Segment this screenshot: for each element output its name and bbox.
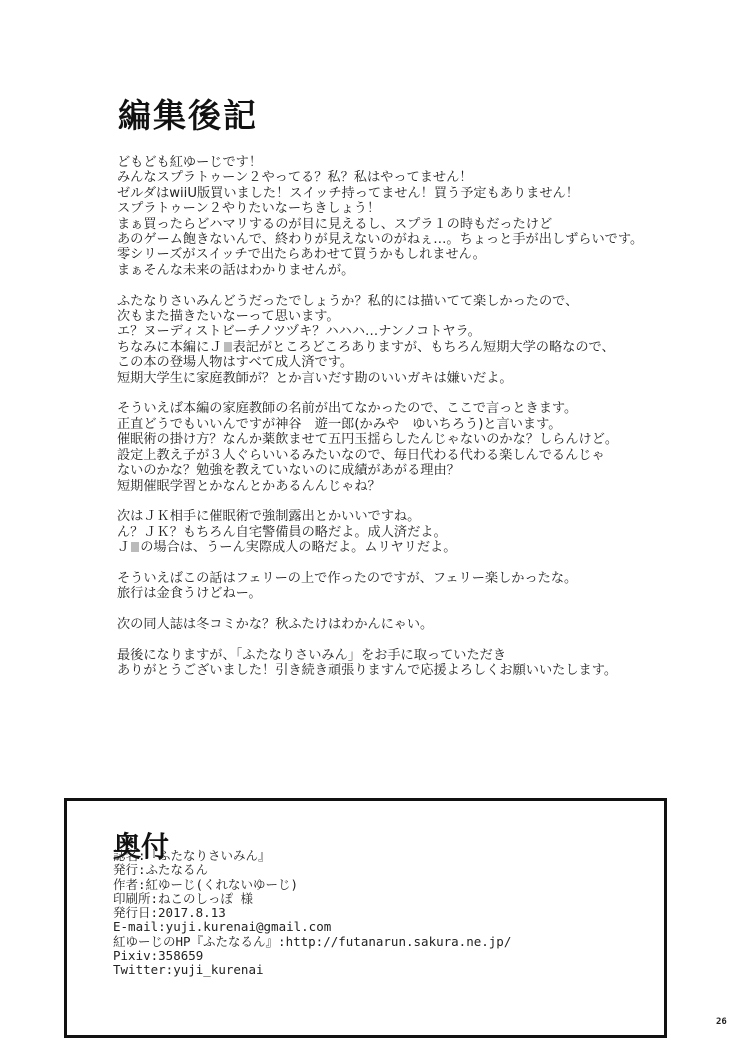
afterword-paragraph: どもども紅ゆーじです！ みんなスプラトゥーン２やってる？私？私はやってません！ … — [117, 155, 697, 278]
text-line: 次はＪＫ相手に催眠術で強制露出とかいいですね。 — [117, 509, 697, 524]
text-line: 設定上教え子が３人ぐらいいるみたいなので、毎日代わる代わる楽しんでるんじゃ — [117, 448, 697, 463]
text-line-with-censor: Ｊの場合は、うーん実際成人の略だよ。ムリヤリだよ。 — [117, 540, 697, 555]
text-line: ん？ＪＫ？もちろん自宅警備員の略だよ。成人済だよ。 — [117, 525, 697, 540]
text-line: ゼルダはwiiU版買いました！スイッチ持ってません！買う予定もありません！ — [117, 186, 697, 201]
text-line: まぁ買ったらどハマリするのが目に見えるし、スプラ１の時もだったけど — [117, 217, 697, 232]
colophon-row-homepage: 紅ゆーじのHP『ふたなるん』:http://futanarun.sakura.n… — [113, 935, 511, 949]
text-segment: の場合は、うーん実際成人の略だよ。ムリヤリだよ。 — [140, 540, 456, 555]
colophon-row-date: 発行日:2017.8.13 — [113, 906, 511, 920]
colophon-list: 誌名:『ふたなりさいみん』 発行:ふたなるん 作者:紅ゆーじ(くれないゆーじ) … — [113, 849, 511, 978]
afterword-paragraph: そういえば本編の家庭教師の名前が出てなかったので、ここで言っときます。 正直どう… — [117, 401, 697, 493]
text-line: 零シリーズがスイッチで出たらあわせて買うかもしれません。 — [117, 247, 697, 262]
text-line: 催眠術の掛け方？なんか薬飲ませて五円玉揺らしたんじゃないのかな？しらんけど。 — [117, 432, 697, 447]
text-segment: Ｊ — [117, 540, 130, 555]
text-line: まぁそんな未来の話はわかりませんが。 — [117, 263, 697, 278]
text-line: そういえばこの話はフェリーの上で作ったのですが、フェリー楽しかったな。 — [117, 571, 697, 586]
text-line: スプラトゥーン２やりたいなーちきしょう！ — [117, 201, 697, 216]
page-number: 26 — [716, 1017, 727, 1027]
colophon-row-twitter: Twitter:yuji_kurenai — [113, 963, 511, 977]
text-line: ふたなりさいみんどうだったでしょうか？私的には描いてて楽しかったので、 — [117, 294, 697, 309]
text-line: 最後になりますが、「ふたなりさいみん」をお手に取っていただき — [117, 648, 697, 663]
colophon-row-publisher: 発行:ふたなるん — [113, 863, 511, 877]
censor-block — [224, 342, 232, 352]
censor-block — [131, 542, 139, 552]
afterword-paragraph: そういえばこの話はフェリーの上で作ったのですが、フェリー楽しかったな。 旅行は金… — [117, 571, 697, 602]
text-line: あのゲーム飽きないんで、終わりが見えないのがねぇ…。ちょっと手が出しずらいです。 — [117, 232, 697, 247]
text-line: そういえば本編の家庭教師の名前が出てなかったので、ここで言っときます。 — [117, 401, 697, 416]
colophon-box: 奥付 誌名:『ふたなりさいみん』 発行:ふたなるん 作者:紅ゆーじ(くれないゆー… — [64, 798, 667, 1038]
text-line: 次の同人誌は冬コミかな？秋ふたけはわかんにゃい。 — [117, 617, 697, 632]
text-line: 次もまた描きたいなーって思います。 — [117, 309, 697, 324]
colophon-row-pixiv: Pixiv:358659 — [113, 949, 511, 963]
text-line: みんなスプラトゥーン２やってる？私？私はやってません！ — [117, 170, 697, 185]
colophon-row-author: 作者:紅ゆーじ(くれないゆーじ) — [113, 878, 511, 892]
text-line-with-censor: ちなみに本編にＪ表記がところどころありますが、もちろん短期大学の略なので、 — [117, 340, 697, 355]
colophon-row-printer: 印刷所:ねこのしっぽ 様 — [113, 892, 511, 906]
text-segment: ちなみに本編にＪ — [117, 340, 223, 355]
colophon-row-email: E-mail:yuji.kurenai@gmail.com — [113, 920, 511, 934]
text-line: 正直どうでもいいんですが神谷 遊一郎(かみや ゆいちろう)と言います。 — [117, 417, 697, 432]
text-line: 旅行は金食うけどねー。 — [117, 586, 697, 601]
afterword-paragraph: 次はＪＫ相手に催眠術で強制露出とかいいですね。 ん？ＪＫ？もちろん自宅警備員の略… — [117, 509, 697, 555]
text-line: 短期大学生に家庭教師が？とか言いだす勘のいいガキは嫌いだよ。 — [117, 371, 697, 386]
afterword-paragraph: ふたなりさいみんどうだったでしょうか？私的には描いてて楽しかったので、 次もまた… — [117, 294, 697, 386]
afterword-body: どもども紅ゆーじです！ みんなスプラトゥーン２やってる？私？私はやってません！ … — [117, 155, 697, 694]
colophon-row-title: 誌名:『ふたなりさいみん』 — [113, 849, 511, 863]
text-line: ないのかな？勉強を教えていないのに成績があがる理由？ — [117, 463, 697, 478]
text-line: エ？ヌーディストビーチノツヅキ？ハハハ…ナンノコトヤラ。 — [117, 324, 697, 339]
text-line: この本の登場人物はすべて成人済です。 — [117, 355, 697, 370]
text-line: 短期催眠学習とかなんとかあるんんじゃね？ — [117, 479, 697, 494]
text-line: ありがとうございました！引き続き頑張りますんで応援よろしくお願いいたします。 — [117, 663, 697, 678]
afterword-paragraph: 次の同人誌は冬コミかな？秋ふたけはわかんにゃい。 — [117, 617, 697, 632]
text-line: どもども紅ゆーじです！ — [117, 155, 697, 170]
afterword-paragraph: 最後になりますが、「ふたなりさいみん」をお手に取っていただき ありがとうございま… — [117, 648, 697, 679]
afterword-title: 編集後記 — [118, 96, 258, 136]
text-segment: 表記がところどころありますが、もちろん短期大学の略なので、 — [233, 340, 615, 355]
